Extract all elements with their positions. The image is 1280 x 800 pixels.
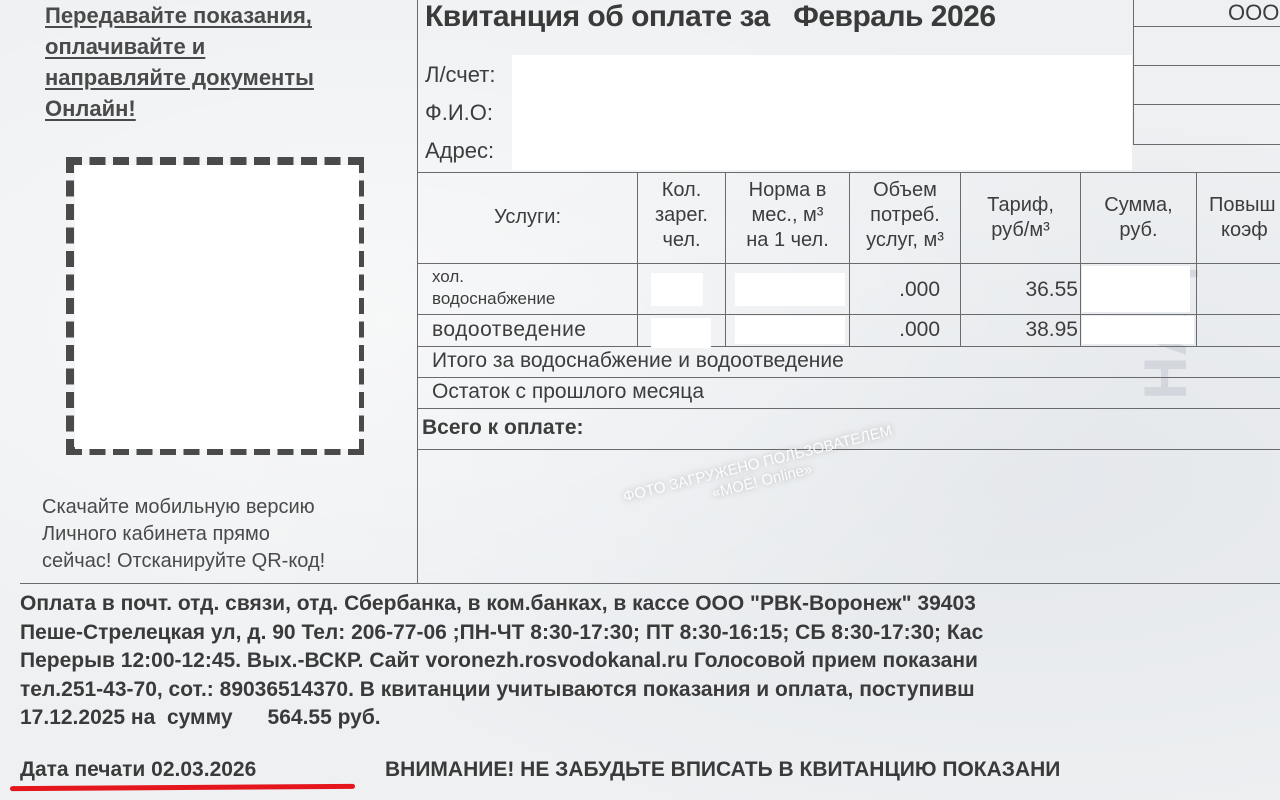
header-text: зарег.	[638, 203, 725, 228]
people-redaction	[651, 318, 711, 348]
table-border	[417, 377, 1280, 378]
column-header-coefficient: Повыш коэф	[1197, 193, 1280, 243]
sum-redaction	[1082, 266, 1190, 312]
column-header-norm: Норма в мес., м³ на 1 чел.	[726, 178, 849, 253]
column-divider	[417, 0, 418, 583]
total-services-label: Итого за водоснабжение и водоотведение	[432, 349, 844, 373]
column-header-sum: Сумма, руб.	[1081, 193, 1196, 243]
qr-caption-line: сейчас! Отсканируйте QR-код!	[42, 548, 402, 575]
readings-warning: ВНИМАНИЕ! НЕ ЗАБУДЬТЕ ВПИСАТЬ В КВИТАНЦИ…	[385, 758, 1060, 782]
service-name: хол.	[432, 266, 555, 288]
sum-redaction	[1082, 316, 1194, 344]
table-border	[417, 346, 1280, 347]
column-header-volume: Объем потреб. услуг, м³	[850, 178, 960, 253]
payment-info: Оплата в почт. отд. связи, отд. Сбербанк…	[20, 590, 1280, 733]
tariff-cell: 38.95	[961, 318, 1078, 342]
promo-heading-line: оплачивайте и	[45, 31, 405, 62]
stub-border	[1133, 0, 1134, 145]
payment-info-line: тел.251-43-70, сот.: 89036514370. В квит…	[20, 676, 1280, 705]
name-label: Ф.И.О:	[425, 100, 493, 126]
qr-caption-line: Личного кабинета прямо	[42, 521, 402, 548]
header-text: руб.	[1081, 218, 1196, 243]
stub-border	[1133, 65, 1280, 66]
previous-balance-label: Остаток с прошлого месяца	[432, 380, 704, 404]
receipt-title: Квитанция об оплате за Февраль 2026	[425, 0, 996, 34]
volume-cell: .000	[850, 278, 940, 302]
header-text: мес., м³	[726, 203, 849, 228]
receipt-paper: НАЦ Передавайте показания, оплачивайте и…	[0, 0, 1280, 800]
header-text: услуг, м³	[850, 228, 960, 253]
people-redaction	[651, 273, 703, 306]
tariff-cell: 36.55	[961, 278, 1078, 302]
red-highlight-underline	[10, 784, 355, 791]
qr-code-redaction	[75, 165, 359, 449]
stub-border	[1133, 26, 1280, 27]
column-header-people: Кол. зарег. чел.	[638, 178, 725, 253]
header-text: потреб.	[850, 203, 960, 228]
stub-border	[1133, 144, 1280, 145]
table-border	[417, 408, 1280, 409]
header-text: Тариф,	[961, 193, 1080, 218]
header-text: Объем	[850, 178, 960, 203]
promo-heading: Передавайте показания, оплачивайте и нап…	[45, 0, 405, 124]
header-text: Повыш	[1209, 193, 1280, 218]
personal-data-redaction	[512, 55, 1132, 170]
payment-info-line: Перерыв 12:00-12:45. Вых.-ВСКР. Сайт vor…	[20, 647, 1280, 676]
volume-cell: .000	[850, 318, 940, 342]
header-text: Кол.	[638, 178, 725, 203]
print-date: Дата печати 02.03.2026	[20, 758, 256, 782]
header-text: руб/м³	[961, 218, 1080, 243]
watermark: ФОТО ЗАГРУЖЕНО ПОЛЬЗОВАТЕЛЕМ «МОЁ! Onlin…	[600, 417, 919, 529]
column-header-services: Услуги:	[418, 205, 637, 230]
norm-redaction	[735, 316, 845, 344]
promo-heading-line: Передавайте показания,	[45, 0, 405, 31]
qr-caption-line: Скачайте мобильную версию	[42, 494, 402, 521]
service-name: водоснабжение	[432, 288, 555, 310]
header-text: Норма в	[726, 178, 849, 203]
account-label: Л/счет:	[425, 62, 495, 88]
table-row-drainage: водоотведение	[432, 318, 586, 342]
payment-info-line: Пеше-Стрелецкая ул, д. 90 Тел: 206-77-06…	[20, 619, 1280, 648]
payment-info-line: 17.12.2025 на сумму 564.55 руб.	[20, 704, 1280, 733]
section-divider	[20, 583, 1280, 584]
grand-total-label: Всего к оплате:	[422, 416, 584, 440]
promo-heading-line: направляйте документы	[45, 62, 405, 93]
norm-redaction	[735, 273, 845, 306]
table-row-cold-water: хол. водоснабжение	[432, 266, 555, 310]
header-text: на 1 чел.	[726, 228, 849, 253]
header-text: Услуги:	[418, 205, 637, 230]
promo-heading-line: Онлайн!	[45, 93, 405, 124]
payment-info-line: Оплата в почт. отд. связи, отд. Сбербанк…	[20, 590, 1280, 619]
header-text: чел.	[638, 228, 725, 253]
stub-org-text: ООО	[1228, 0, 1279, 26]
qr-caption: Скачайте мобильную версию Личного кабине…	[42, 494, 402, 575]
stub-border	[1133, 104, 1280, 105]
column-header-tariff: Тариф, руб/м³	[961, 193, 1080, 243]
address-label: Адрес:	[425, 138, 494, 164]
header-text: коэф	[1209, 218, 1280, 243]
header-text: Сумма,	[1081, 193, 1196, 218]
